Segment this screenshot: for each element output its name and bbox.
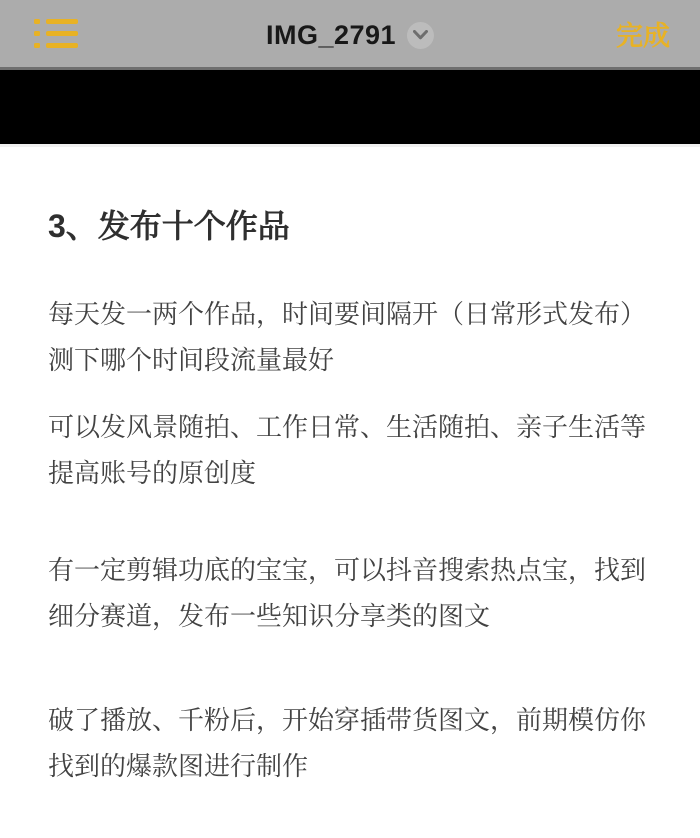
image-title: IMG_2791 <box>266 20 396 51</box>
section-heading: 3、发布十个作品 <box>48 204 652 248</box>
paragraph-line: 找到的爆款图进行制作 <box>48 743 652 789</box>
bullet-list-icon <box>34 17 78 51</box>
paragraph-line: 破了播放、千粉后，开始穿插带货图文，前期模仿你 <box>48 697 652 743</box>
chevron-down-icon <box>413 30 428 40</box>
paragraph-line: 细分赛道，发布一些知识分享类的图文 <box>48 593 652 639</box>
photo-viewer-screen: IMG_2791 完成 3、发布十个作品 每天发一两个作品，时间要间隔开（日常形… <box>0 0 700 838</box>
paragraph-line: 提高账号的原创度 <box>48 450 652 496</box>
image-title-group[interactable]: IMG_2791 <box>266 0 434 70</box>
title-chevron-button[interactable] <box>407 22 434 49</box>
done-button[interactable]: 完成 <box>616 14 670 53</box>
photo-letterbox <box>0 70 700 144</box>
paragraph-line: 测下哪个时间段流量最好 <box>48 337 652 383</box>
paragraph: 可以发风景随拍、工作日常、生活随拍、亲子生活等 提高账号的原创度 <box>48 404 652 496</box>
paragraph: 每天发一两个作品，时间要间隔开（日常形式发布） 测下哪个时间段流量最好 <box>48 291 652 383</box>
list-menu-button[interactable] <box>34 17 78 51</box>
paragraph-line: 每天发一两个作品，时间要间隔开（日常形式发布） <box>48 291 652 337</box>
note-photo-content: 3、发布十个作品 每天发一两个作品，时间要间隔开（日常形式发布） 测下哪个时间段… <box>0 144 700 789</box>
paragraph: 破了播放、千粉后，开始穿插带货图文，前期模仿你 找到的爆款图进行制作 <box>48 697 652 789</box>
paragraph: 有一定剪辑功底的宝宝，可以抖音搜索热点宝，找到 细分赛道，发布一些知识分享类的图… <box>48 547 652 639</box>
paragraph-line: 有一定剪辑功底的宝宝，可以抖音搜索热点宝，找到 <box>48 547 652 593</box>
paragraph-line: 可以发风景随拍、工作日常、生活随拍、亲子生活等 <box>48 404 652 450</box>
navbar: IMG_2791 完成 <box>0 0 700 70</box>
